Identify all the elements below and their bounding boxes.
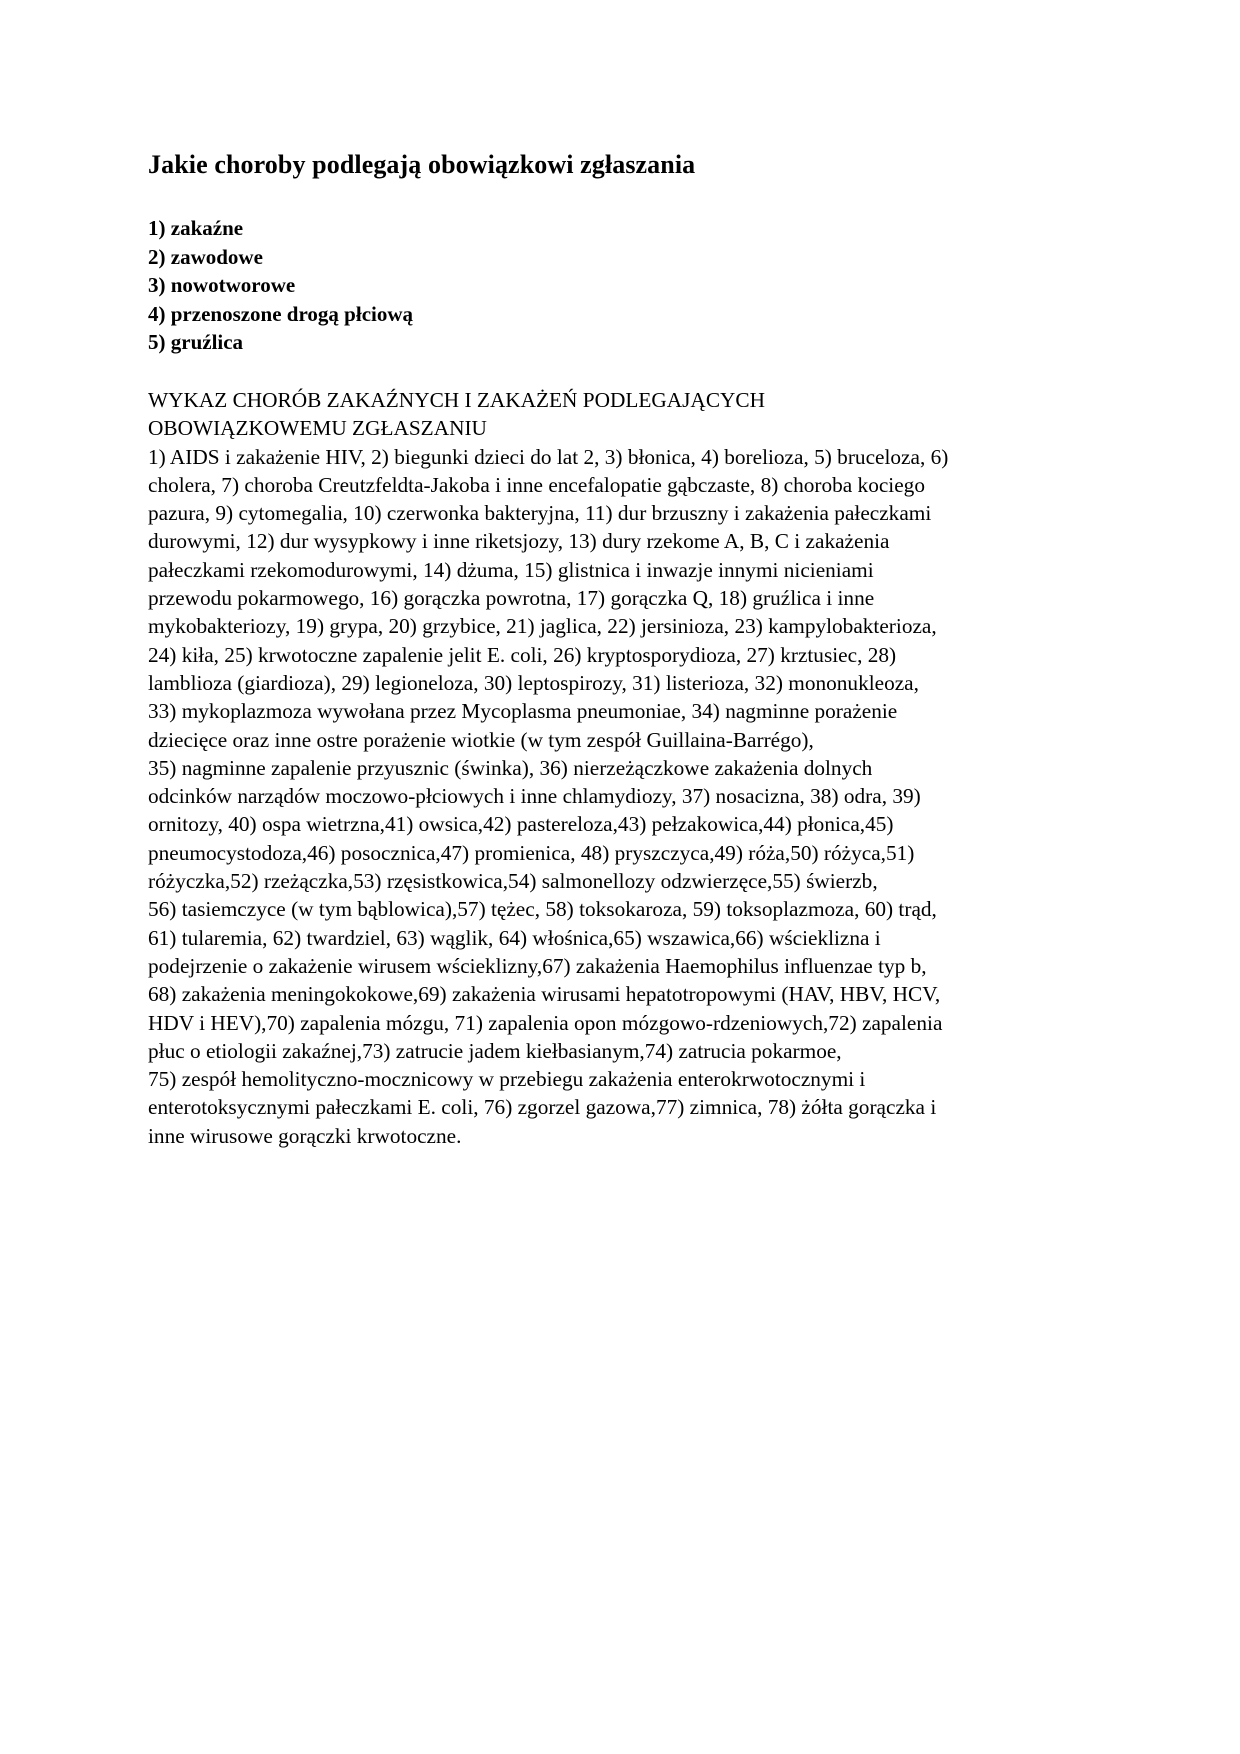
paragraph-line: lamblioza (giardioza), 29) legioneloza, … — [148, 671, 919, 695]
paragraph-line: 35) nagminne zapalenie przyusznic (śwink… — [148, 756, 872, 780]
paragraph-line: 61) tularemia, 62) twardziel, 63) wąglik… — [148, 926, 881, 950]
category-item: 5) gruźlica — [148, 328, 413, 357]
disease-list-paragraph: 1) AIDS i zakażenie HIV, 2) biegunki dzi… — [148, 443, 1098, 1150]
paragraph-line: podejrzenie o zakażenie wirusem wściekli… — [148, 954, 927, 978]
category-item: 1) zakaźne — [148, 214, 413, 243]
paragraph-line: 68) zakażenia meningokokowe,69) zakażeni… — [148, 982, 940, 1006]
paragraph-line: pazura, 9) cytomegalia, 10) czerwonka ba… — [148, 501, 931, 525]
disease-list-section: WYKAZ CHORÓB ZAKAŹNYCH I ZAKAŻEŃ PODLEGA… — [148, 386, 1098, 1150]
paragraph-line: przewodu pokarmowego, 16) gorączka powro… — [148, 586, 874, 610]
section-heading-line: OBOWIĄZKOWEMU ZGŁASZANIU — [148, 416, 487, 440]
paragraph-line: odcinków narządów moczowo-płciowych i in… — [148, 784, 921, 808]
paragraph-line: enterotoksycznymi pałeczkami E. coli, 76… — [148, 1095, 936, 1119]
paragraph-line: 75) zespół hemolityczno-mocznicowy w prz… — [148, 1067, 865, 1091]
category-list: 1) zakaźne 2) zawodowe 3) nowotworowe 4)… — [148, 214, 413, 357]
paragraph-line: różyczka,52) rzeżączka,53) rzęsistkowica… — [148, 869, 878, 893]
paragraph-line: 24) kiła, 25) krwotoczne zapalenie jelit… — [148, 643, 896, 667]
paragraph-line: 1) AIDS i zakażenie HIV, 2) biegunki dzi… — [148, 445, 948, 469]
paragraph-line: HDV i HEV),70) zapalenia mózgu, 71) zapa… — [148, 1011, 942, 1035]
paragraph-line: dziecięce oraz inne ostre porażenie wiot… — [148, 728, 814, 752]
category-item: 4) przenoszone drogą płciową — [148, 300, 413, 329]
paragraph-line: 33) mykoplazmoza wywołana przez Mycoplas… — [148, 699, 897, 723]
category-item: 2) zawodowe — [148, 243, 413, 272]
paragraph-line: mykobakteriozy, 19) grypa, 20) grzybice,… — [148, 614, 937, 638]
paragraph-line: inne wirusowe gorączki krwotoczne. — [148, 1124, 461, 1148]
category-item: 3) nowotworowe — [148, 271, 413, 300]
paragraph-line: płuc o etiologii zakaźnej,73) zatrucie j… — [148, 1039, 842, 1063]
paragraph-line: ornitozy, 40) ospa wietrzna,41) owsica,4… — [148, 812, 894, 836]
paragraph-line: pneumocystodoza,46) posocznica,47) promi… — [148, 841, 914, 865]
paragraph-line: cholera, 7) choroba Creutzfeldta-Jakoba … — [148, 473, 925, 497]
paragraph-line: 56) tasiemczyce (w tym bąblowica),57) tę… — [148, 897, 937, 921]
document-title: Jakie choroby podlegają obowiązkowi zgła… — [148, 148, 695, 182]
paragraph-line: pałeczkami rzekomodurowymi, 14) dżuma, 1… — [148, 558, 874, 582]
document-page: Jakie choroby podlegają obowiązkowi zgła… — [0, 0, 1240, 1754]
section-heading: WYKAZ CHORÓB ZAKAŹNYCH I ZAKAŻEŃ PODLEGA… — [148, 386, 1098, 443]
paragraph-line: durowymi, 12) dur wysypkowy i inne riket… — [148, 529, 889, 553]
section-heading-line: WYKAZ CHORÓB ZAKAŹNYCH I ZAKAŻEŃ PODLEGA… — [148, 388, 765, 412]
